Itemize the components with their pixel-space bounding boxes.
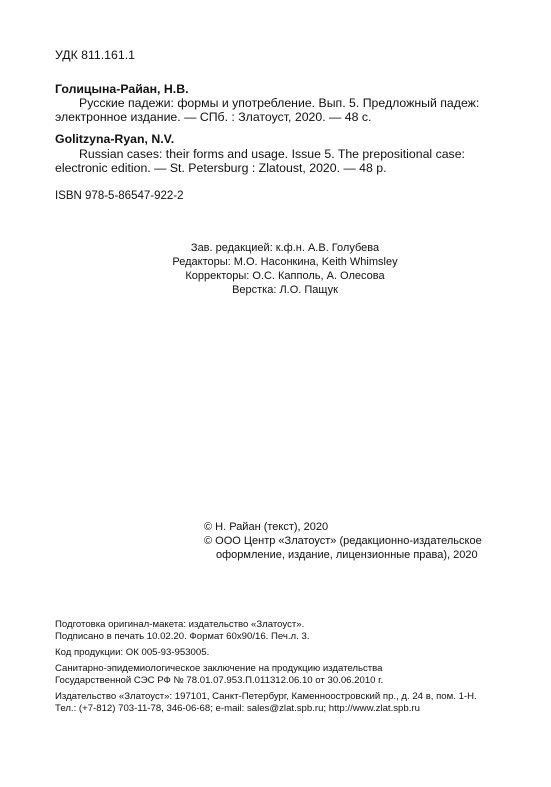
imprint-contacts: Тел.: (+7-812) 703-11-78, 346-06-68; e-m… [55,703,477,715]
title-en-line1: Russian cases: their forms and usage. Is… [79,147,465,161]
author-en: Golitzyna-Ryan, N.V. [55,132,174,146]
imprint-product-code: Код продукции: ОК 005-93-953005. [55,647,477,659]
imprint-signed: Подписано в печать 10.02.20. Формат 60x9… [55,631,477,643]
imprint-sanitary-2: Государственной СЭС РФ № 78.01.07.953.П.… [55,675,477,687]
copyright-author: © Н. Райан (текст), 2020 [204,520,482,534]
credits-block: Зав. редакцией: к.ф.н. А.В. Голубева Ред… [130,241,440,297]
credit-editors: Редакторы: М.О. Насонкина, Keith Whimsle… [130,255,440,269]
author-ru: Голицына-Райан, Н.В. [55,82,189,96]
title-ru-line1: Русские падежи: формы и употребление. Вы… [79,96,479,110]
credit-layout: Верстка: Л.О. Пащук [130,283,440,297]
title-en-line2: electronic edition. — St. Petersburg : Z… [55,161,387,175]
title-ru-line2: электронное издание. — СПб. : Златоуст, … [55,110,371,124]
udk-code: УДК 811.161.1 [55,48,135,62]
imprint-prep: Подготовка оригинал-макета: издательство… [55,619,477,631]
copyright-block: © Н. Райан (текст), 2020 © ООО Центр «Зл… [204,520,482,562]
imprint-block: Подготовка оригинал-макета: издательство… [55,619,477,715]
imprint-sanitary-1: Санитарно-эпидемиологическое заключение … [55,663,477,675]
isbn: ISBN 978-5-86547-922-2 [55,189,184,203]
credit-proofreaders: Корректоры: О.С. Капполь, А. Олесова [130,269,440,283]
copyright-publisher: © ООО Центр «Златоуст» (редакционно-изда… [204,534,482,548]
credit-chief-editor: Зав. редакцией: к.ф.н. А.В. Голубева [130,241,440,255]
imprint-address: Издательство «Златоуст»: 197101, Санкт-П… [55,691,477,703]
copyright-publisher-cont: оформление, издание, лицензионные права)… [204,548,482,562]
